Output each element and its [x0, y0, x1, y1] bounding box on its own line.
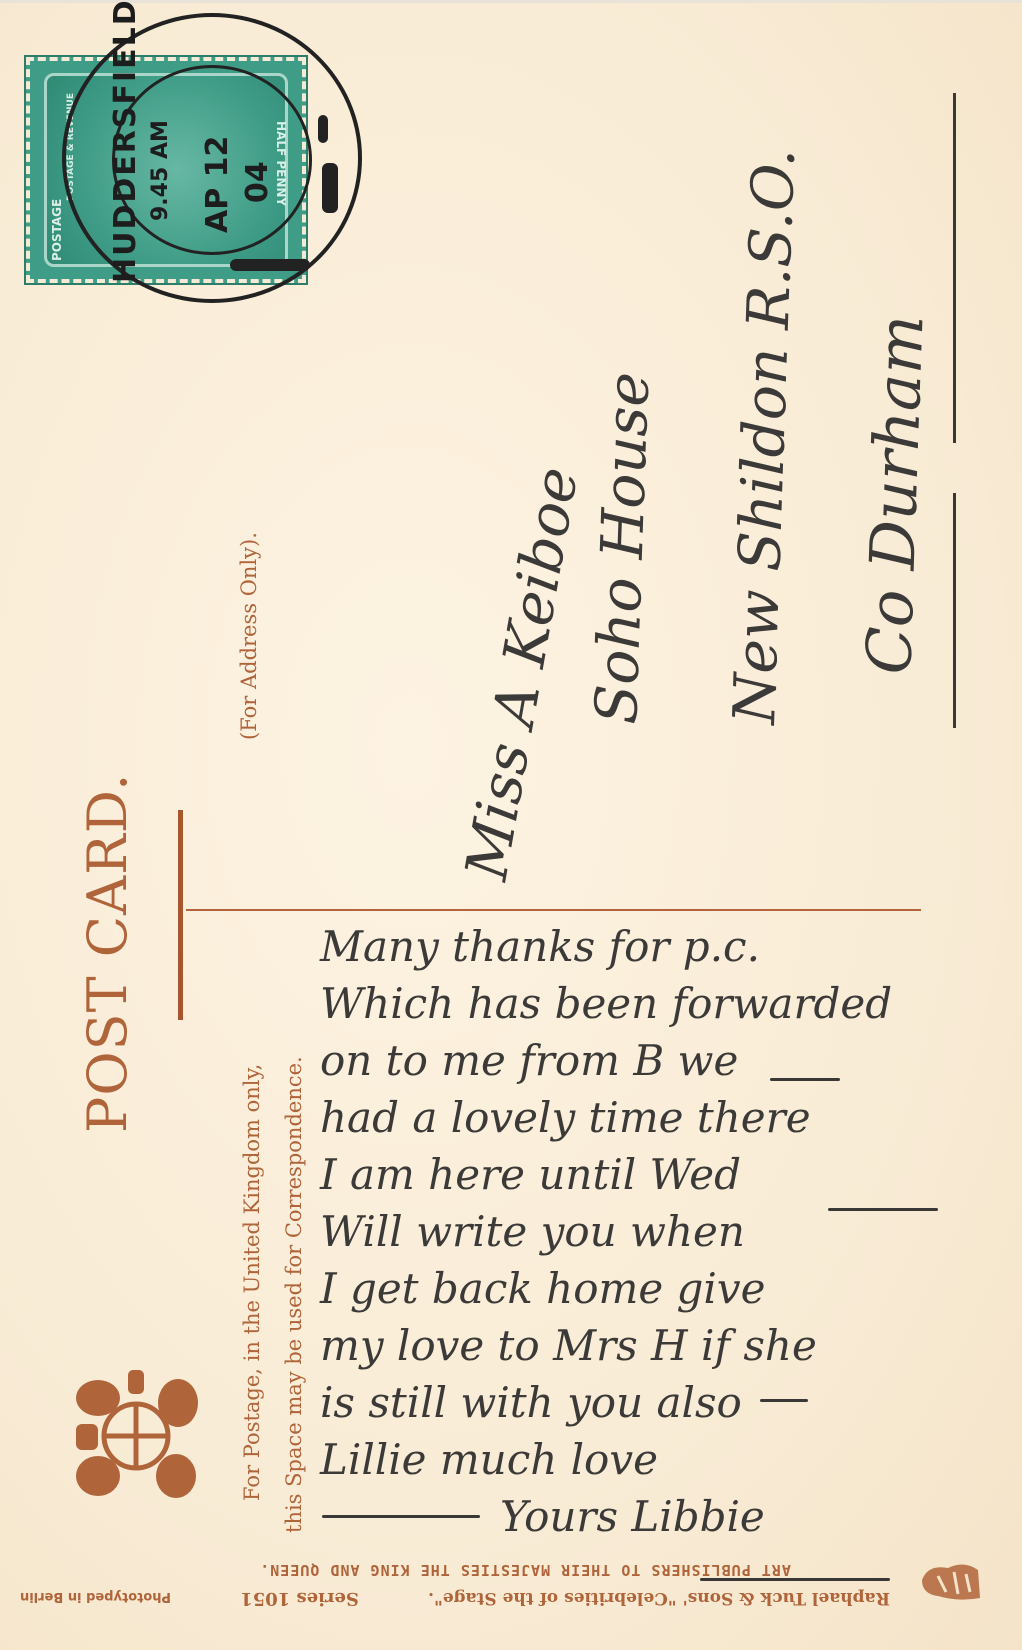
- postmark-bar: [322, 163, 338, 213]
- message-line: Which has been forwarded: [320, 975, 892, 1032]
- underline-B: [770, 1078, 840, 1081]
- postmark-time: 9.45 AM: [148, 120, 173, 221]
- message-line: I get back home give: [320, 1260, 892, 1317]
- message-line: is still with you also: [320, 1374, 892, 1431]
- postmark-date: AP 12: [200, 136, 235, 233]
- postmark-year: 04: [240, 161, 275, 203]
- message-line: my love to Mrs H if she: [320, 1317, 892, 1374]
- postmark-town: HUDDERSFIELD: [108, 0, 143, 283]
- postmark-bar: [318, 115, 328, 143]
- royal-coat-of-arms-icon: [58, 1358, 208, 1508]
- address-line-1: Miss A Keiboe: [452, 462, 591, 885]
- postcard-back: POSTAGE HALF PENNY POSTAGE & REVENUE HUD…: [0, 0, 1022, 1650]
- printed-location: Phototyped in Berlin: [20, 1589, 171, 1604]
- address-only-note: (For Address Only).: [237, 532, 261, 740]
- address-line-2: Soho House: [582, 371, 662, 725]
- tuck-easel-logo-icon: [918, 1558, 986, 1602]
- instructions-line-1: For Postage, in the United Kingdom only,: [240, 1064, 264, 1501]
- message-body: Many thanks for p.c. Which has been forw…: [320, 918, 892, 1545]
- horizontal-divider: [186, 909, 921, 911]
- post-card-title: POST CARD.: [76, 773, 139, 1133]
- publisher-name: Raphael Tuck & Sons' "Celebrities of the…: [428, 1588, 890, 1608]
- message-line: Lillie much love: [320, 1431, 892, 1488]
- underline-Wed: [828, 1208, 938, 1211]
- address-rule: [953, 93, 956, 443]
- underline-Lillie: [322, 1515, 480, 1518]
- message-line: Will write you when: [320, 1203, 892, 1260]
- publisher-warrant: ART PUBLISHERS TO THEIR MAJESTIES THE KI…: [160, 1561, 890, 1579]
- postmark-bar: [230, 259, 310, 271]
- stamp-left-label: POSTAGE: [50, 199, 64, 261]
- vertical-divider: [178, 810, 183, 1020]
- publisher-imprint: Raphael Tuck & Sons' "Celebrities of the…: [20, 1588, 890, 1609]
- address-rule: [953, 493, 956, 728]
- message-line: Many thanks for p.c.: [320, 918, 892, 975]
- message-line: had a lovely time there: [320, 1089, 892, 1146]
- underline-H: [760, 1399, 808, 1402]
- series-number: Series 1051: [240, 1588, 359, 1609]
- message-line: I am here until Wed: [320, 1146, 892, 1203]
- address-line-3: New Shildon R.S.O.: [720, 147, 808, 725]
- instructions-line-2: this Space may be used for Correspondenc…: [282, 1056, 306, 1533]
- address-line-4: Co Durham: [852, 314, 937, 676]
